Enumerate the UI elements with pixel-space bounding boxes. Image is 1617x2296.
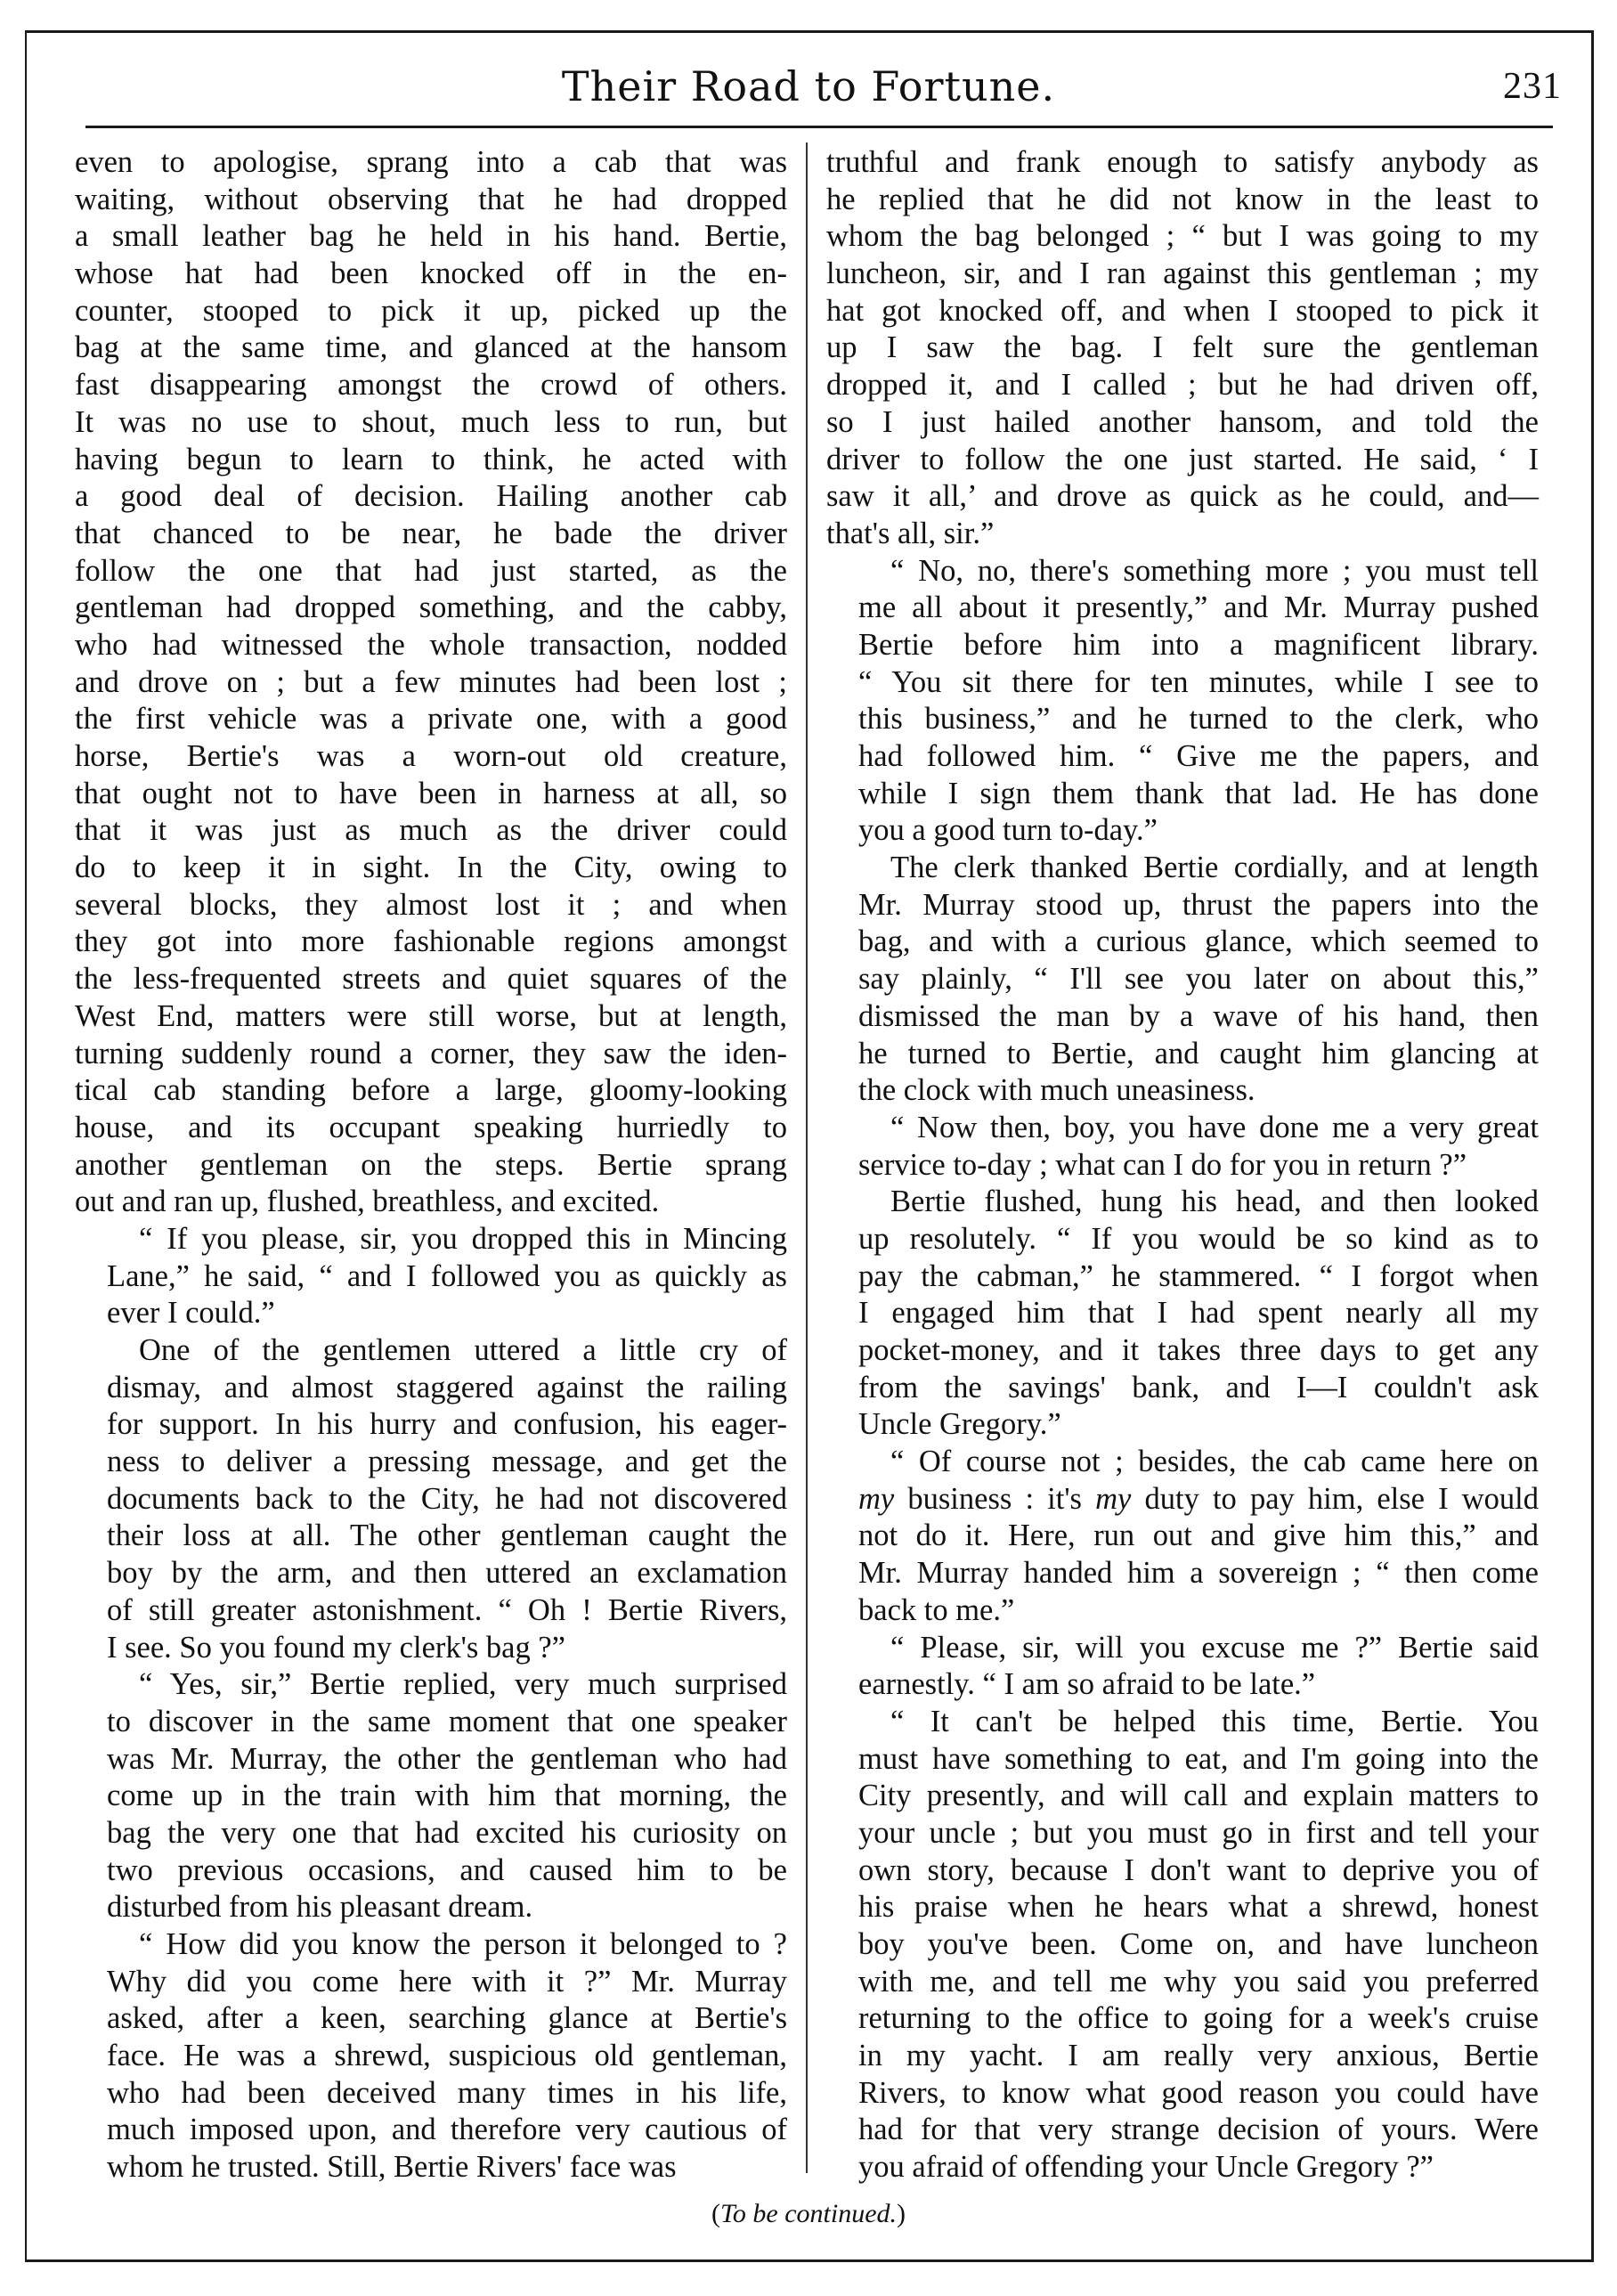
column-divider — [806, 142, 808, 2173]
text-line: “ It can't be helped this time, Bertie. … — [826, 1704, 1539, 1741]
text-line: and drove on ; but a few minutes had bee… — [75, 664, 787, 702]
paragraph: “ Of course not ; besides, the cab came … — [826, 1444, 1539, 1629]
header-rule — [85, 126, 1553, 128]
paren-close: ) — [897, 2199, 906, 2228]
text-line: “ How did you know the person it belonge… — [75, 1926, 787, 1964]
text-line: for support. In his hurry and confusion,… — [75, 1406, 787, 1444]
text-line: West End, matters were still worse, but … — [75, 998, 787, 1036]
right-column: truthful and frank enough to satisfy any… — [826, 144, 1539, 2186]
text-line: several blocks, they almost lost it ; an… — [75, 887, 787, 924]
text-line: asked, after a keen, searching glance at… — [75, 2000, 787, 2038]
text-line: that's all, sir.” — [826, 516, 1539, 553]
paragraph: truthful and frank enough to satisfy any… — [826, 144, 1539, 553]
text-line: must have something to eat, and I'm goin… — [826, 1741, 1539, 1779]
text-line: waiting, without observing that he had d… — [75, 182, 787, 219]
text-line: dropped it, and I called ; but he had dr… — [826, 367, 1539, 404]
text-line: having begun to learn to think, he acted… — [75, 442, 787, 479]
text-line: with me, and tell me why you said you pr… — [826, 1964, 1539, 2001]
text-line: bag the very one that had excited his cu… — [75, 1815, 787, 1852]
text-line: counter, stooped to pick it up, picked u… — [75, 293, 787, 330]
continued-text: To be continued. — [720, 2199, 897, 2228]
page-number: 231 — [1503, 55, 1562, 118]
text-line: another gentleman on the steps. Bertie s… — [75, 1147, 787, 1185]
text-line: bag at the same time, and glanced at the… — [75, 330, 787, 367]
text-line: “ Of course not ; besides, the cab came … — [826, 1444, 1539, 1481]
text-line: his praise when he hears what a shrewd, … — [826, 1889, 1539, 1926]
text-line: horse, Bertie's was a worn-out old creat… — [75, 738, 787, 776]
text-line: gentleman had dropped something, and the… — [75, 590, 787, 627]
text-line: their loss at all. The other gentleman c… — [75, 1518, 787, 1555]
text-line: say plainly, “ I'll see you later on abo… — [826, 961, 1539, 998]
text-line: back to me.” — [826, 1592, 1539, 1630]
text-line: “ You sit there for ten minutes, while I… — [826, 664, 1539, 702]
text-line: a small leather bag he held in his hand.… — [75, 218, 787, 256]
running-head: Their Road to Fortune. 231 — [0, 55, 1617, 118]
left-column: even to apologise, sprang into a cab tha… — [75, 144, 787, 2186]
paragraph: “ Yes, sir,” Bertie replied, very much s… — [75, 1666, 787, 1926]
text-line: whom the bag belonged ; “ but I was goin… — [826, 218, 1539, 256]
text-line: “ Now then, boy, you have done me a very… — [826, 1110, 1539, 1147]
text-line: much imposed upon, and therefore very ca… — [75, 2112, 787, 2149]
text-line: you afraid of offending your Uncle Grego… — [826, 2149, 1539, 2186]
text-line: house, and its occupant speaking hurried… — [75, 1110, 787, 1147]
text-line: saw it all,’ and drove as quick as he co… — [826, 478, 1539, 516]
paragraph: “ If you please, sir, you dropped this i… — [75, 1221, 787, 1332]
paragraph: “ How did you know the person it belonge… — [75, 1926, 787, 2186]
text-line: he turned to Bertie, and caught him glan… — [826, 1036, 1539, 1073]
text-line: Bertie flushed, hung his head, and then … — [826, 1184, 1539, 1221]
text-line: own story, because I don't want to depri… — [826, 1852, 1539, 1890]
emphasis: my — [1095, 1482, 1131, 1516]
text-line: up resolutely. “ If you would be so kind… — [826, 1221, 1539, 1258]
text-line: bag, and with a curious glance, which se… — [826, 924, 1539, 961]
text-line: documents back to the City, he had not d… — [75, 1481, 787, 1518]
text-line: so I just hailed another hansom, and tol… — [826, 404, 1539, 442]
text-line: pay the cabman,” he stammered. “ I forgo… — [826, 1258, 1539, 1296]
text-line: “ No, no, there's something more ; you m… — [826, 553, 1539, 590]
text-line: who had been deceived many times in his … — [75, 2075, 787, 2113]
text-line: even to apologise, sprang into a cab tha… — [75, 144, 787, 182]
text-line: Why did you come here with it ?” Mr. Mur… — [75, 1964, 787, 2001]
text-line: returning to the office to going for a w… — [826, 2000, 1539, 2038]
text-line: hat got knocked off, and when I stooped … — [826, 293, 1539, 330]
text-line: “ If you please, sir, you dropped this i… — [75, 1221, 787, 1258]
text-line: they got into more fashionable regions a… — [75, 924, 787, 961]
text-line: in my yacht. I am really very anxious, B… — [826, 2038, 1539, 2075]
text-line: that chanced to be near, he bade the dri… — [75, 516, 787, 553]
text-line: the less-frequented streets and quiet sq… — [75, 961, 787, 998]
text-line: service to-day ; what can I do for you i… — [826, 1147, 1539, 1185]
paragraph: One of the gentlemen uttered a little cr… — [75, 1332, 787, 1666]
text-line: while I sign them thank that lad. He has… — [826, 776, 1539, 813]
text-line: driver to follow the one just started. H… — [826, 442, 1539, 479]
text-line: had followed him. “ Give me the papers, … — [826, 738, 1539, 776]
text-line: dismissed the man by a wave of his hand,… — [826, 998, 1539, 1036]
text-line: he replied that he did not know in the l… — [826, 182, 1539, 219]
text-line: boy by the arm, and then uttered an excl… — [75, 1555, 787, 1592]
to-be-continued-note: (To be continued.) — [0, 2196, 1617, 2232]
text-line: truthful and frank enough to satisfy any… — [826, 144, 1539, 182]
text-line: my business : it's my duty to pay him, e… — [826, 1481, 1539, 1518]
text-line: had for that very strange decision of yo… — [826, 2112, 1539, 2149]
text-line: who had witnessed the whole transaction,… — [75, 627, 787, 664]
text-line: “ Yes, sir,” Bertie replied, very much s… — [75, 1666, 787, 1704]
paragraph: “ No, no, there's something more ; you m… — [826, 553, 1539, 851]
text-line: do to keep it in sight. In the City, owi… — [75, 850, 787, 887]
text-line: One of the gentlemen uttered a little cr… — [75, 1332, 787, 1370]
text-line: tical cab standing before a large, gloom… — [75, 1072, 787, 1110]
text-line: you a good turn to-day.” — [826, 812, 1539, 850]
text-line: I see. So you found my clerk's bag ?” — [75, 1630, 787, 1667]
text-line: that it was just as much as the driver c… — [75, 812, 787, 850]
paragraph: even to apologise, sprang into a cab tha… — [75, 144, 787, 1221]
text-line: The clerk thanked Bertie cordially, and … — [826, 850, 1539, 887]
text-line: to discover in the same moment that one … — [75, 1704, 787, 1741]
text-line: whose hat had been knocked off in the en… — [75, 256, 787, 293]
text-line: the clock with much uneasiness. — [826, 1072, 1539, 1110]
text-line: luncheon, sir, and I ran against this ge… — [826, 256, 1539, 293]
text-line: me all about it presently,” and Mr. Murr… — [826, 590, 1539, 627]
text-line: Bertie before him into a magnificent lib… — [826, 627, 1539, 664]
paragraph: The clerk thanked Bertie cordially, and … — [826, 850, 1539, 1110]
text-line: ever I could.” — [75, 1295, 787, 1332]
text-line: two previous occasions, and caused him t… — [75, 1852, 787, 1890]
text-line: Uncle Gregory.” — [826, 1406, 1539, 1444]
running-title: Their Road to Fortune. — [0, 55, 1617, 118]
text-line: the first vehicle was a private one, wit… — [75, 701, 787, 738]
text-line: Mr. Murray stood up, thrust the papers i… — [826, 887, 1539, 924]
text-line: “ Please, sir, will you excuse me ?” Ber… — [826, 1630, 1539, 1667]
paragraph: “ Please, sir, will you excuse me ?” Ber… — [826, 1630, 1539, 1704]
text-line: come up in the train with him that morni… — [75, 1778, 787, 1815]
paragraph: “ It can't be helped this time, Bertie. … — [826, 1704, 1539, 2186]
text-line: It was no use to shout, much less to run… — [75, 404, 787, 442]
text-line: this business,” and he turned to the cle… — [826, 701, 1539, 738]
paren-open: ( — [711, 2199, 720, 2228]
text-line: Lane,” he said, “ and I followed you as … — [75, 1258, 787, 1296]
text-line: dismay, and almost staggered against the… — [75, 1370, 787, 1407]
text-line: a good deal of decision. Hailing another… — [75, 478, 787, 516]
text-line: pocket-money, and it takes three days to… — [826, 1332, 1539, 1370]
text-line: ness to deliver a pressing message, and … — [75, 1444, 787, 1481]
text-line: I engaged him that I had spent nearly al… — [826, 1295, 1539, 1332]
paragraph: “ Now then, boy, you have done me a very… — [826, 1110, 1539, 1184]
text-line: boy you've been. Come on, and have lunch… — [826, 1926, 1539, 1964]
text-line: out and ran up, flushed, breathless, and… — [75, 1184, 787, 1221]
text-line: fast disappearing amongst the crowd of o… — [75, 367, 787, 404]
text-line: turning suddenly round a corner, they sa… — [75, 1036, 787, 1073]
text-line: disturbed from his pleasant dream. — [75, 1889, 787, 1926]
paragraph: Bertie flushed, hung his head, and then … — [826, 1184, 1539, 1444]
text-line: earnestly. “ I am so afraid to be late.” — [826, 1666, 1539, 1704]
text-line: not do it. Here, run out and give him th… — [826, 1518, 1539, 1555]
emphasis: my — [858, 1482, 894, 1516]
text-line: that ought not to have been in harness a… — [75, 776, 787, 813]
text-line: was Mr. Murray, the other the gentleman … — [75, 1741, 787, 1779]
text-line: of still greater astonishment. “ Oh ! Be… — [75, 1592, 787, 1630]
text-line: City presently, and will call and explai… — [826, 1778, 1539, 1815]
text-line: follow the one that had just started, as… — [75, 553, 787, 590]
text-line: whom he trusted. Still, Bertie Rivers' f… — [75, 2149, 787, 2186]
text-line: Mr. Murray handed him a sovereign ; “ th… — [826, 1555, 1539, 1592]
text-line: face. He was a shrewd, suspicious old ge… — [75, 2038, 787, 2075]
text-line: your uncle ; but you must go in first an… — [826, 1815, 1539, 1852]
text-line: up I saw the bag. I felt sure the gentle… — [826, 330, 1539, 367]
text-line: from the savings' bank, and I—I couldn't… — [826, 1370, 1539, 1407]
text-line: Rivers, to know what good reason you cou… — [826, 2075, 1539, 2113]
